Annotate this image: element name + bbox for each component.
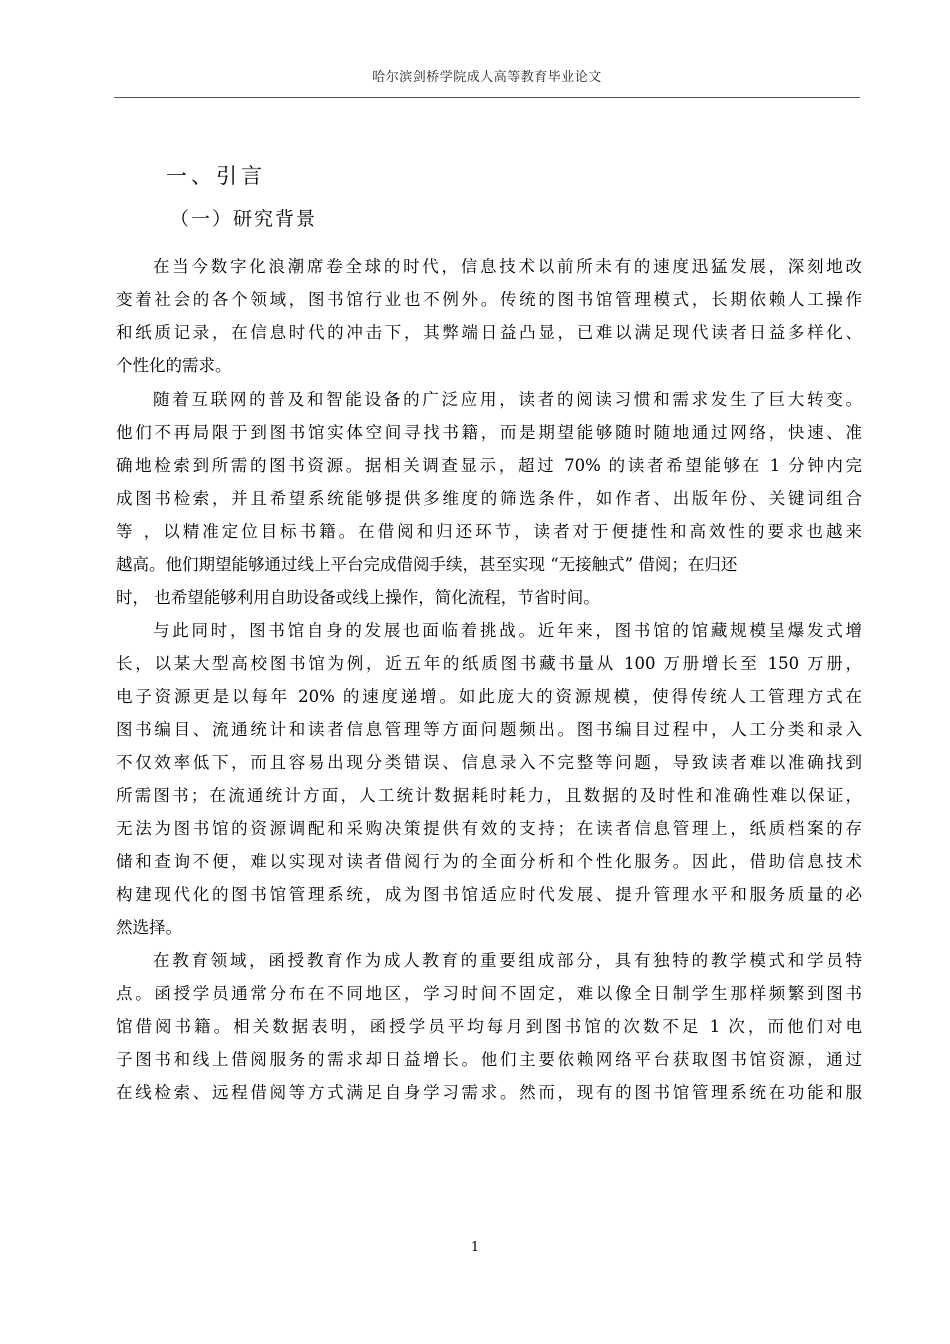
running-header: 哈尔滨剑桥学院成人高等教育毕业论文 (114, 66, 860, 85)
paragraph-line: 然选择。 (116, 911, 182, 944)
paragraph-line: 子图书和线上借阅服务的需求却日益增长。他们主要依赖网络平台获取图书馆资源，通过 (116, 1043, 862, 1076)
paragraph-line: 和纸质记录，在信息时代的冲击下，其弊端日益凸显，已难以满足现代读者日益多样化、 (116, 316, 862, 349)
paragraph-line: 构建现代化的图书馆管理系统，成为图书馆适应时代发展、提升管理水平和服务质量的必 (116, 878, 862, 911)
subsection-heading: （一）研究背景 (170, 204, 317, 231)
paragraph-line: 在线检索、远程借阅等方式满足自身学习需求。然而，现有的图书馆管理系统在功能和服 (116, 1076, 862, 1109)
section-heading: 一、引言 (166, 160, 266, 190)
paragraph-line: 等 ，以精准定位目标书籍。在借阅和归还环节，读者对于便捷性和高效性的要求也越来 (116, 515, 862, 548)
paragraph-line: 储和查询不便，难以实现对读者借阅行为的全面分析和个性化服务。因此，借助信息技术 (116, 845, 862, 878)
paragraph-line: 在当今数字化浪潮席卷全球的时代，信息技术以前所未有的速度迅猛发展，深刻地改 (153, 250, 862, 283)
paragraph-line: 变着社会的各个领域，图书馆行业也不例外。传统的图书馆管理模式，长期依赖人工操作 (116, 283, 862, 316)
paragraph-line: 馆借阅书籍。相关数据表明，函授学员平均每月到图书馆的次数不足 1 次，而他们对电 (116, 1010, 862, 1043)
paragraph-line: 在教育领域，函授教育作为成人教育的重要组成部分，具有独特的教学模式和学员特 (153, 944, 862, 977)
paragraph-line: 越高。他们期望能够通过线上平台完成借阅手续，甚至实现 “无接触式” 借阅；在归还 (116, 548, 737, 581)
paragraph-line: 图书编目、流通统计和读者信息管理等方面问题频出。图书编目过程中，人工分类和录入 (116, 713, 862, 746)
paragraph-line: 点。函授学员通常分布在不同地区，学习时间不固定，难以像全日制学生那样频繁到图书 (116, 977, 862, 1010)
paragraph-line: 长，以某大型高校图书馆为例，近五年的纸质图书藏书量从 100 万册增长至 150… (116, 647, 862, 680)
paragraph-line: 时， 也希望能够利用自助设备或线上操作，简化流程，节省时间。 (116, 581, 600, 614)
paragraph-line: 与此同时，图书馆自身的发展也面临着挑战。近年来，图书馆的馆藏规模呈爆发式增 (153, 614, 862, 647)
paragraph-line: 所需图书；在流通统计方面，人工统计数据耗时耗力，且数据的及时性和准确性难以保证， (116, 779, 862, 812)
paragraph-line: 随着互联网的普及和智能设备的广泛应用，读者的阅读习惯和需求发生了巨大转变。 (153, 383, 862, 416)
header-divider (114, 97, 860, 98)
paragraph-line: 个性化的需求。 (116, 349, 232, 382)
paragraph-line: 电子资源更是以每年 20% 的速度递增。如此庞大的资源规模，使得传统人工管理方式… (116, 680, 862, 713)
page-number: 1 (0, 1240, 950, 1255)
paragraph-line: 确地检索到所需的图书资源。据相关调查显示，超过 70% 的读者希望能够在 1 分… (116, 449, 862, 482)
paragraph-line: 他们不再局限于到图书馆实体空间寻找书籍，而是期望能够随时随地通过网络，快速、准 (116, 416, 862, 449)
paragraph-line: 成图书检索，并且希望系统能够提供多维度的筛选条件，如作者、出版年份、关键词组合 (116, 482, 862, 515)
paragraph-line: 无法为图书馆的资源调配和采购决策提供有效的支持；在读者信息管理上，纸质档案的存 (116, 812, 862, 845)
paragraph-line: 不仅效率低下，而且容易出现分类错误、信息录入不完整等问题，导致读者难以准确找到 (116, 746, 862, 779)
